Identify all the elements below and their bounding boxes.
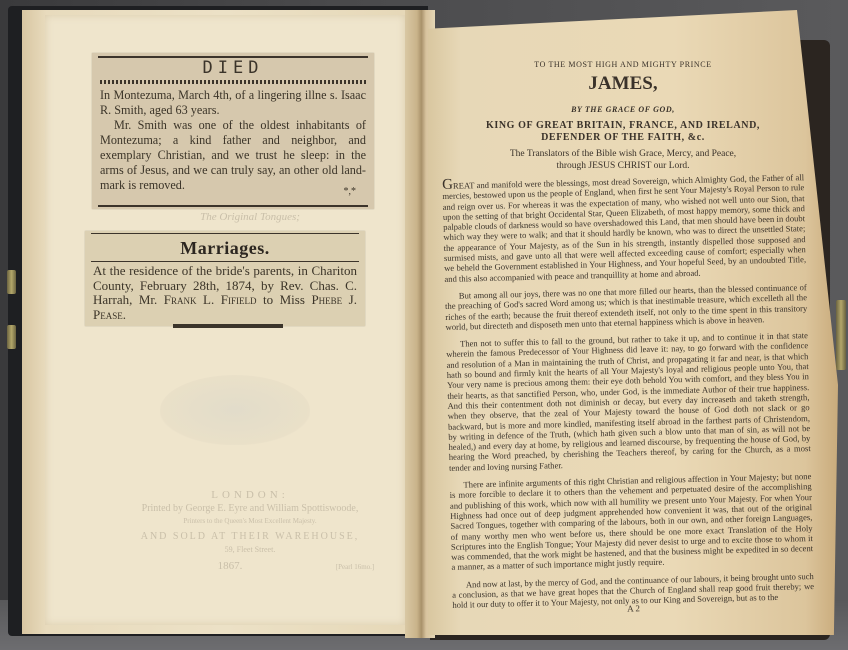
paragraph-3: Then not to suffer this to fall to the g… — [446, 330, 811, 473]
dedication-king-line-2: DEFENDER OF THE FAITH, &c. — [442, 132, 804, 144]
show-through-tongues: The Original Tongues; — [140, 211, 360, 223]
show-through-crest — [160, 375, 310, 445]
marriage-notice: At the residence of the bride's parents,… — [93, 264, 357, 322]
show-through-city: LONDON: — [120, 489, 380, 501]
clasp-hinge-right — [836, 300, 846, 370]
paragraph-1: GREAT and manifold were the blessings, m… — [442, 171, 806, 284]
dedication-name: JAMES, — [442, 73, 804, 95]
dedication-grace: BY THE GRACE OF GOD, — [442, 105, 804, 114]
paragraph-2: But among all our joys, there was no one… — [445, 282, 808, 332]
show-through-printers-note: Printers to the Queen's Most Excellent M… — [120, 517, 380, 525]
obituary-heading: DIED — [92, 58, 374, 78]
clipping-obituary: DIED In Montezuma, March 4th, of a linge… — [92, 53, 374, 209]
marriage-text-mid: to Miss — [256, 292, 311, 307]
dedication-header: TO THE MOST HIGH AND MIGHTY PRINCE JAMES… — [442, 60, 804, 172]
show-through-printer: Printed by George E. Eyre and William Sp… — [100, 503, 400, 514]
obituary-signature: *,* — [344, 186, 357, 197]
obituary-line-1: In Montezuma, March 4th, of a lingering … — [100, 88, 366, 118]
translators-line-1: The Translators of the Bible wish Grace,… — [442, 148, 804, 160]
dedication-king-line-1: KING OF GREAT BRITAIN, FRANCE, AND IRELA… — [442, 120, 804, 132]
show-through-sold: AND SOLD AT THEIR WAREHOUSE, — [110, 531, 390, 542]
wavy-rule — [100, 80, 366, 84]
clipping-marriages: Marriages. At the residence of the bride… — [85, 231, 365, 326]
marriages-heading: Marriages. — [85, 238, 365, 259]
show-through-note: [Pearl 16mo.] — [320, 563, 390, 571]
paragraph-4: There are infinite arguments of this rig… — [449, 471, 813, 572]
dedication-body: GREAT and manifold were the blessings, m… — [442, 171, 815, 618]
translators-line-2: through JESUS CHRIST our Lord. — [442, 160, 804, 172]
paragraph-1-text: REAT and manifold were the blessings, mo… — [442, 172, 806, 283]
obituary-line-2: Mr. Smith was one of the oldest inhabita… — [100, 118, 366, 193]
clasp-hinge-left-bottom — [7, 325, 16, 349]
dedication-page: TO THE MOST HIGH AND MIGHTY PRINCE JAMES… — [442, 60, 804, 618]
clasp-hinge-left-top — [7, 270, 16, 294]
show-through-year: 1867. — [180, 560, 280, 572]
ornament-bar — [173, 324, 283, 328]
dedication-to-line: TO THE MOST HIGH AND MIGHTY PRINCE — [442, 60, 804, 69]
marriage-text-end: . — [123, 307, 126, 322]
groom-name: Frank L. Fifield — [164, 292, 257, 307]
show-through-address: 59, Fleet Street. — [140, 545, 360, 554]
